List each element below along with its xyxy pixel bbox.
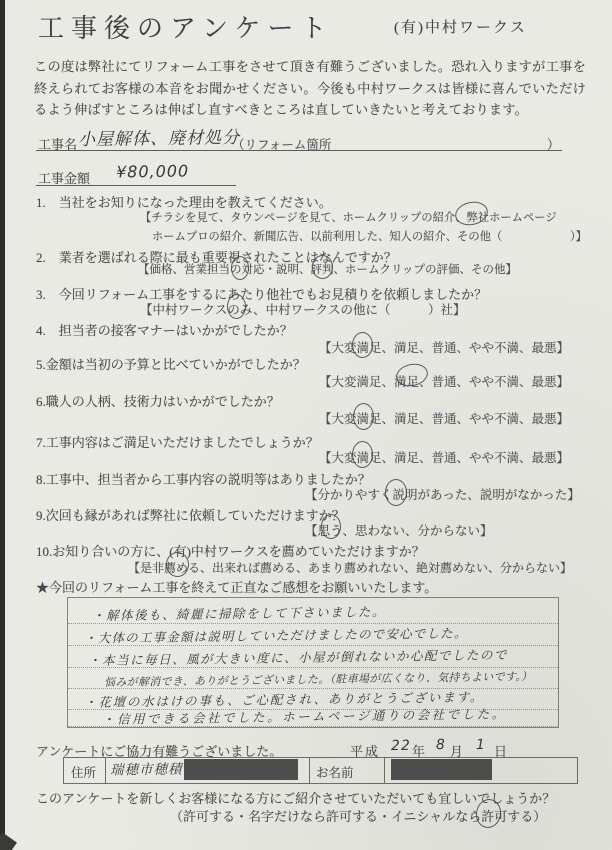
table-divider (105, 758, 106, 783)
address-value-handwritten: 瑞穂市穂積 (110, 757, 183, 778)
circle-q2-selection-a (231, 256, 249, 280)
page-title: 工事後のアンケート (38, 8, 333, 45)
intro-paragraph: この度は弊社にてリフォーム工事をさせて頂き有難うございました。恐れ入りますが工事… (34, 56, 586, 121)
question-1-options-line1: 【チラシを見て、タウンページを見て、ホームクリップの紹介、弊社ホームページ (140, 209, 557, 225)
comment-text: ・解体後も、綺麗に掃除をして下さいました。 (92, 602, 386, 624)
table-divider (309, 758, 310, 783)
table-divider (384, 758, 385, 783)
circle-q6-selection (353, 403, 374, 430)
feedback-prompt: ★今回のリフォーム工事を終えて正直なご感想をお願いいたします。 (36, 577, 437, 596)
work-name-value-handwritten: 小屋解体、廃材処分 (78, 123, 240, 150)
work-amount-value-handwritten: ¥80,000 (116, 161, 189, 181)
question-9-label: 9.次回も縁があれば弊社に依頼していただけますか？ (36, 505, 345, 524)
circle-q2-selection-b (312, 255, 333, 279)
date-year-value-handwritten: 22 (391, 738, 411, 754)
question-7-label: 7.工事内容はご満足いただけましたでしょうか？ (36, 432, 319, 451)
name-label: お名前 (316, 763, 354, 781)
comment-text: ・本当に毎日、風が大きい度に、小屋が倒れないか心配でしたので (88, 645, 508, 669)
redacted-address-box (184, 759, 298, 780)
comment-line: ・解体後も、綺麗に掃除をして下さいました。 (68, 598, 558, 624)
comment-line: ・信用できる会社でした。ホームページ通りの会社でした。 (68, 710, 558, 727)
redacted-name-box (391, 759, 492, 780)
circle-q9-selection (321, 514, 341, 539)
comment-line: ・本当に毎日、風が大きい度に、小屋が倒れないか心配でしたので (68, 646, 558, 668)
question-6-label: 6.職人の人柄、技術力はいかがでしたか？ (36, 391, 280, 410)
question-3-options: 【中村ワークスのみ、中村ワークスの他に（ ）社】 (140, 300, 466, 318)
scan-left-edge (0, 0, 5, 850)
question-10-label: 10.お知り合いの方に、(有)中村ワークスを薦めていただけますか？ (36, 541, 425, 560)
question-4-label: 4. 担当者の接客マナーはいかがでしたか？ (36, 320, 293, 339)
question-10-options: 【是非薦める、出来れば薦める、あまり薦めれない、絶対薦めない、分からない】 (128, 559, 572, 576)
circle-q3-selection (227, 294, 246, 319)
question-1-options-line2: ホームプロの紹介、新聞広告、以前利用した、知人の紹介、その他（ ）】 (152, 228, 587, 244)
question-8-options: 【分かりやすく説明があった、説明がなかった】 (305, 485, 580, 503)
circle-q10-selection (166, 552, 189, 577)
comment-text: ・大体の工事金額は説明していただけましたので安心でした。 (84, 623, 468, 646)
work-name-underline (36, 150, 562, 151)
question-5-options: 【大変満足、満足、普通、やや不満、最悪】 (319, 372, 569, 390)
circle-q4-selection (352, 332, 373, 358)
question-5-label: 5.金額は当初の予算と比べていかがでしたか？ (36, 354, 306, 373)
comment-box: ・解体後も、綺麗に掃除をして下さいました。 ・大体の工事金額は説明していただけま… (67, 597, 559, 728)
permission-question: このアンケートを新しくお客様になる方にご紹介させていただいても宜しいでしょうか？ (36, 788, 555, 807)
circle-q7-selection (352, 441, 373, 468)
survey-scan-page: 工事後のアンケート (有)中村ワークス この度は弊社にてリフォーム工事をさせて頂… (0, 0, 612, 850)
work-amount-underline (36, 185, 236, 186)
comment-line: ・大体の工事金額は説明していただけましたので安心でした。 (68, 624, 558, 646)
circle-q8-selection (385, 479, 407, 506)
company-name: (有)中村ワークス (394, 16, 527, 37)
address-label: 住所 (71, 763, 96, 781)
comment-line: 悩みが解消でき、ありがとうございました。（駐車場が広くなり、気持ちよいです。） (68, 668, 558, 689)
date-day-value-handwritten: 1 (476, 737, 486, 753)
date-month-value-handwritten: 8 (436, 737, 446, 753)
scan-corner-artifact (0, 832, 17, 850)
